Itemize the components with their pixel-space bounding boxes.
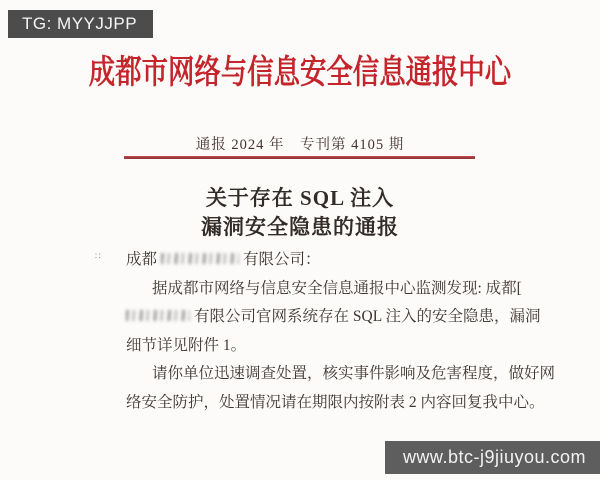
body-line: 络安全防护，处置情况请在期限内按附表 2 内容回复我中心。 [126,389,498,418]
body-line: 成都有限公司： [126,246,498,275]
redacted-company-name [161,253,239,264]
website-watermark-badge: www.btc-j9jiuyou.com [385,441,600,474]
body-text: 请你单位迅速调查处置，核实事件影响及危害程度，做好网 [152,365,555,382]
body-text: 有限公司： [243,251,321,268]
document-scan: TG: MYYJJPP 成都市网络与信息安全信息通报中心 通报 2024 年 专… [0,0,600,480]
document-title: 关于存在 SQL 注入 漏洞安全隐患的通报 [0,184,600,242]
redacted-company-name [126,310,190,321]
scan-artifact-mark: ∷ [95,252,101,262]
body-line: 有限公司官网系统存在 SQL 注入的安全隐患，漏洞 [126,303,498,332]
letterhead-divider-rule [124,156,475,159]
letterhead-title: 成都市网络与信息安全信息通报中心 [60,46,540,93]
body-line: 据成都市网络与信息安全信息通报中心监测发现: 成都[ [126,275,498,304]
body-text: 细节详见附件 1。 [126,337,246,354]
body-text: 有限公司官网系统存在 SQL 注入的安全隐患，漏洞 [194,308,540,325]
document-title-line1: 关于存在 SQL 注入 [0,184,600,213]
body-line: 细节详见附件 1。 [126,332,498,361]
body-text: 据成都市网络与信息安全信息通报中心监测发现: 成都[ [152,280,522,297]
document-title-line2: 漏洞安全隐患的通报 [0,213,600,242]
telegram-watermark-badge: TG: MYYJJPP [8,10,153,38]
document-body: 成都有限公司：据成都市网络与信息安全信息通报中心监测发现: 成都[有限公司官网系… [126,246,498,417]
body-line: 请你单位迅速调查处置，核实事件影响及危害程度，做好网 [126,360,498,389]
issue-number-line: 通报 2024 年 专刊第 4105 期 [0,133,600,154]
body-text: 络安全防护，处置情况请在期限内按附表 2 内容回复我中心。 [126,394,545,411]
body-text: 成都 [126,251,157,268]
